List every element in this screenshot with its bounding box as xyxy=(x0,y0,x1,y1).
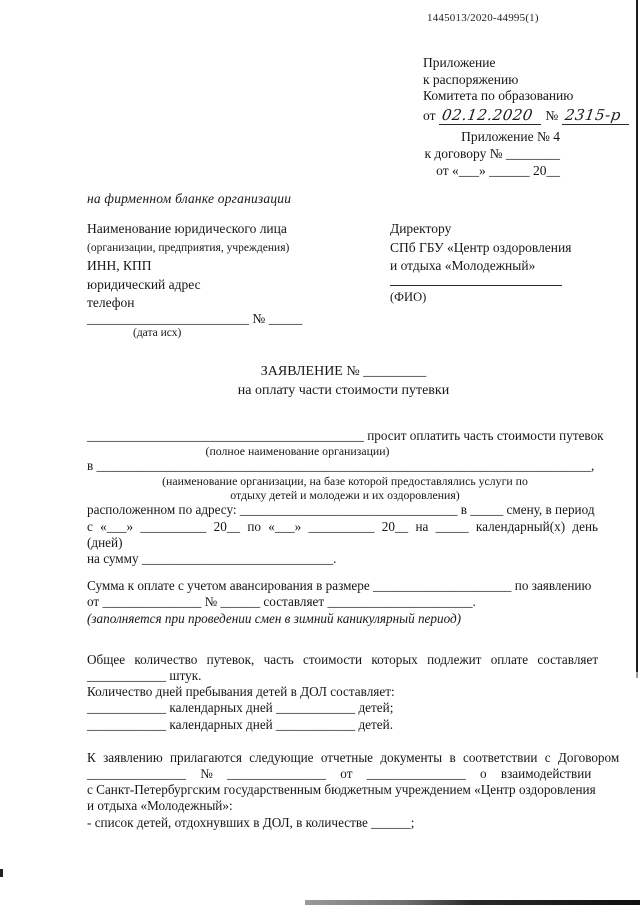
sender-line: юридический адрес xyxy=(87,276,289,295)
document-body: ________________________________________… xyxy=(87,428,603,831)
order-stamp-block: Приложение к распоряжению Комитета по об… xyxy=(423,55,633,125)
field-caption: отдыху детей и молодежи и их оздоровлени… xyxy=(87,488,603,502)
outgoing-number-block: ________________________ № _____ (дата и… xyxy=(87,311,302,339)
body-line: Сумма к оплате с учетом авансирования в … xyxy=(87,578,603,594)
body-line: Общее количество путевок, часть стоимост… xyxy=(87,652,603,668)
sender-line: Наименование юридического лица xyxy=(87,220,289,239)
outgoing-line: ________________________ № _____ xyxy=(87,311,302,327)
body-line: с Санкт-Петербургским государственным бю… xyxy=(87,782,603,798)
stamp-number-label: № xyxy=(545,108,558,123)
reference-number: 1445013/2020-44995(1) xyxy=(427,12,539,24)
body-line: и отдыха «Молодежный»: xyxy=(87,798,603,814)
body-line: расположенном по адресу: _______________… xyxy=(87,502,603,518)
stamp-line: Комитета по образованию xyxy=(423,88,633,105)
body-line: - список детей, отдохнувших в ДОЛ, в кол… xyxy=(87,815,603,831)
document-title: ЗАЯВЛЕНИЕ № _________ на оплату части ст… xyxy=(87,363,600,400)
recipient-line: и отдыха «Молодежный» xyxy=(390,257,571,276)
annex-line: Приложение № 4 xyxy=(425,128,561,145)
body-line: ____________ штук. xyxy=(87,668,603,684)
handwritten-number: 2315-р xyxy=(564,107,622,124)
body-line: (дней) xyxy=(87,535,603,551)
letterhead-note: на фирменном бланке организации xyxy=(87,191,291,207)
scan-artifact-bottom-bar xyxy=(305,900,640,905)
title-line-2: на оплату части стоимости путевки xyxy=(87,382,600,401)
stamp-from-label: от xyxy=(423,108,435,123)
body-note-italic: (заполняется при проведении смен в зимни… xyxy=(87,611,603,627)
document-page: 1445013/2020-44995(1) Приложение к распо… xyxy=(0,0,640,905)
fio-signature-line xyxy=(390,276,562,286)
recipient-line: Директору xyxy=(390,220,571,239)
body-line: ____________ календарных дней __________… xyxy=(87,700,603,716)
handwritten-date-field: 02.12.2020 xyxy=(439,107,541,126)
handwritten-date: 02.12.2020 xyxy=(441,107,534,124)
body-line: от _______________ № ______ составляет _… xyxy=(87,594,603,610)
body-line: Количество дней пребывания детей в ДОЛ с… xyxy=(87,684,603,700)
annex-line: от «___» ______ 20__ xyxy=(425,162,561,179)
field-caption: (полное наименование организации) xyxy=(87,444,603,458)
scan-artifact-left-tick xyxy=(0,869,3,877)
annex-block: Приложение № 4 к договору № ________ от … xyxy=(425,128,561,179)
handwritten-number-field: 2315-р xyxy=(562,107,629,126)
body-line: ____________ календарных дней __________… xyxy=(87,717,603,733)
outgoing-date-caption: (дата исх) xyxy=(133,327,302,339)
sender-line: телефон xyxy=(87,294,289,313)
annex-line: к договору № ________ xyxy=(425,145,561,162)
fio-caption: (ФИО) xyxy=(390,288,571,307)
recipient-block: Директору СПб ГБУ «Центр оздоровления и … xyxy=(390,220,571,306)
body-line: ________________________________________… xyxy=(87,428,603,444)
body-line: К заявлению прилагаются следующие отчетн… xyxy=(87,750,603,766)
body-line: в ______________________________________… xyxy=(87,458,603,474)
stamp-date-number-line: от02.12.2020№2315-р xyxy=(423,107,633,126)
body-line: с «___» __________ 20__ по «___» _______… xyxy=(87,519,603,535)
recipient-line: СПб ГБУ «Центр оздоровления xyxy=(390,239,571,258)
stamp-line: к распоряжению xyxy=(423,72,633,89)
field-caption: (наименование организации, на базе котор… xyxy=(87,474,603,488)
stamp-line: Приложение xyxy=(423,55,633,72)
scan-artifact-right-line xyxy=(636,0,638,672)
body-line: на сумму _____________________________. xyxy=(87,551,603,567)
scan-artifact-right-line-stub xyxy=(636,672,638,678)
sender-block: Наименование юридического лица (организа… xyxy=(87,220,289,313)
sender-line: ИНН, КПП xyxy=(87,257,289,276)
title-line-1: ЗАЯВЛЕНИЕ № _________ xyxy=(87,363,600,382)
body-line: _______________ № _______________ от ___… xyxy=(87,766,603,782)
sender-line-caption: (организации, предприятия, учреждения) xyxy=(87,239,289,258)
